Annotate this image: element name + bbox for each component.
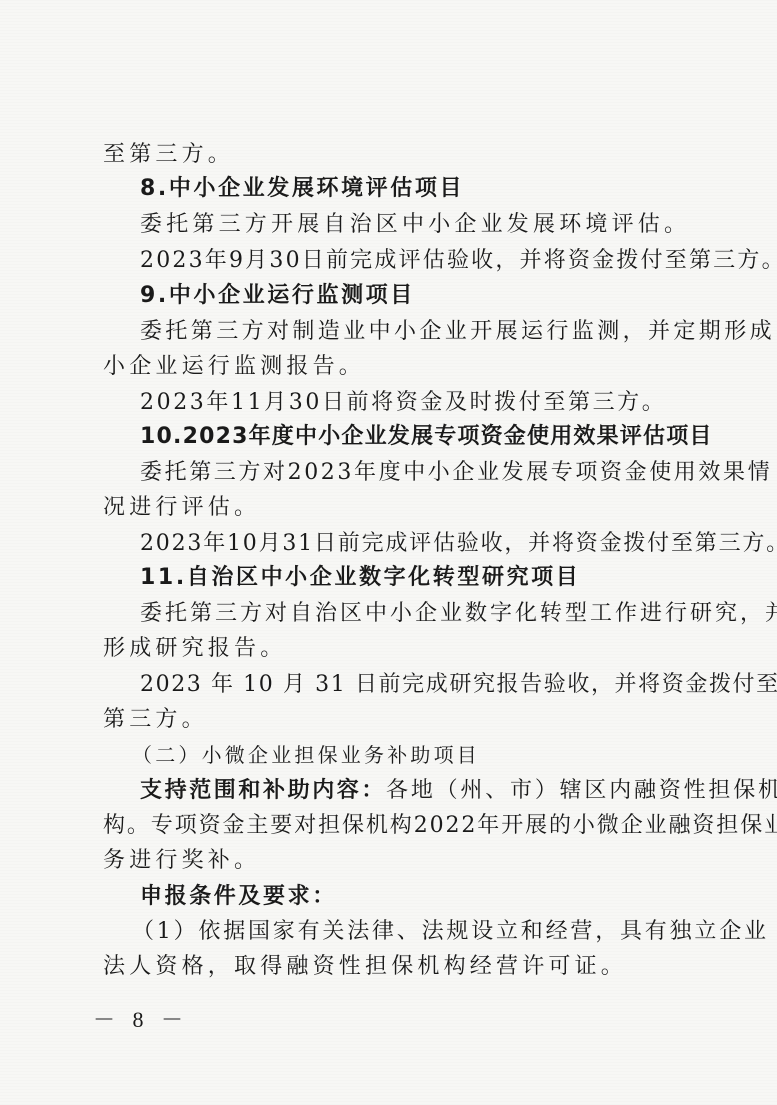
section-heading-8: 8.中小企业发展环境评估项目	[140, 175, 685, 203]
document-page: 至第三方。 8.中小企业发展环境评估项目 委托第三方开展自治区中小企业发展环境评…	[0, 0, 777, 1105]
section-heading-9: 9.中小企业运行监测项目	[140, 282, 685, 310]
application-requirements-heading: 申报条件及要求：	[140, 883, 685, 911]
paragraph-line: 2023年9月30日前完成评估验收，并将资金拨付至第三方。	[140, 247, 685, 275]
paragraph-line: 2023年11月30日前将资金及时拨付至第三方。	[140, 389, 685, 417]
paragraph-line: 形成研究报告。	[103, 635, 683, 663]
paragraph-line: 务进行奖补。	[103, 847, 683, 875]
paragraph-line: 况进行评估。	[103, 494, 683, 522]
paragraph-line: 2023 年 10 月 31 日前完成研究报告验收，并将资金拨付至	[140, 671, 685, 699]
subsection-heading-2: （二）小微企业担保业务补助项目	[132, 741, 677, 769]
paragraph-line: 委托第三方对自治区中小企业数字化转型工作进行研究，并	[140, 600, 685, 628]
paragraph-line: 第三方。	[103, 706, 683, 734]
paragraph-line: 2023年10月31日前完成评估验收，并将资金拨付至第三方。	[140, 530, 685, 558]
paragraph-line: 至第三方。	[103, 141, 683, 169]
paragraph-line: 构。专项资金主要对担保机构2022年开展的小微企业融资担保业	[103, 812, 683, 840]
paragraph-line: 委托第三方对制造业中小企业开展运行监测，并定期形成中	[140, 318, 685, 346]
paragraph-line: 委托第三方开展自治区中小企业发展环境评估。	[140, 211, 685, 239]
paragraph-line: （1）依据国家有关法律、法规设立和经营，具有独立企业	[132, 918, 677, 946]
paragraph-line: 委托第三方对2023年度中小企业发展专项资金使用效果情	[140, 459, 685, 487]
section-heading-11: 11.自治区中小企业数字化转型研究项目	[140, 564, 685, 592]
support-scope-text: 各地（州、市）辖区内融资性担保机	[386, 778, 777, 803]
paragraph-line: 法人资格，取得融资性担保机构经营许可证。	[103, 953, 683, 981]
support-scope-label: 支持范围和补助内容：	[140, 778, 386, 803]
paragraph-line: 小企业运行监测报告。	[103, 353, 683, 381]
paragraph-line-support-scope: 支持范围和补助内容：各地（州、市）辖区内融资性担保机	[140, 777, 685, 805]
page-number: － 8 －	[93, 1006, 189, 1034]
section-heading-10: 10.2023年度中小企业发展专项资金使用效果评估项目	[140, 423, 685, 451]
